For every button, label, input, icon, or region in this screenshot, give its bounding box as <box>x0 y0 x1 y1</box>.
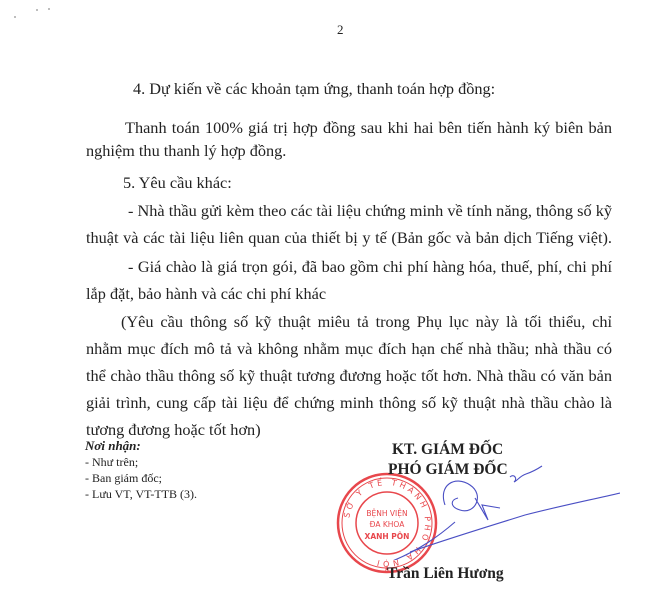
section-5-para-line: - Nhà thầu gửi kèm theo các tài liệu chứ… <box>128 201 612 221</box>
section-5-para-line: (Yêu cầu thông số kỹ thuật miêu tả trong… <box>121 312 612 332</box>
section-5-para-line: nhằm mục đích mô tả và không nhằm mục đí… <box>86 339 612 359</box>
section-5-para-line: giải trình, cung cấp tài liệu để chứng m… <box>86 393 612 413</box>
section-5-para-line: - Giá chào là giá trọn gói, đã bao gồm c… <box>128 257 612 277</box>
section-5-para-line: thể chào thầu thông số kỹ thuật tương đư… <box>86 366 612 386</box>
section-5-para-line: lắp đặt, bảo hành và các chi phí khác <box>86 284 326 304</box>
page-number: 2 <box>337 22 344 38</box>
handwritten-signature <box>380 460 620 560</box>
recipient-item: - Như trên; <box>85 455 138 470</box>
section-5-para-line: thuật và các tài liệu liên quan của thiế… <box>86 228 612 248</box>
section-5-para-line: tương đương hoặc tốt hơn) <box>86 420 261 440</box>
section-5-heading: 5. Yêu cầu khác: <box>123 173 232 193</box>
recipient-item: - Ban giám đốc; <box>85 471 162 486</box>
recipients-title: Nơi nhận: <box>85 438 141 454</box>
section-4-body-line: Thanh toán 100% giá trị hợp đồng sau khi… <box>125 118 612 138</box>
recipient-item: - Lưu VT, VT-TTB (3). <box>85 487 197 502</box>
signature-title-1: KT. GIÁM ĐỐC <box>392 441 503 459</box>
section-4-heading: 4. Dự kiến về các khoản tạm ứng, thanh t… <box>133 79 495 99</box>
section-4-body-line: nghiệm thu thanh lý hợp đồng. <box>86 141 286 161</box>
signer-name: Trần Liên Hương <box>387 565 504 583</box>
